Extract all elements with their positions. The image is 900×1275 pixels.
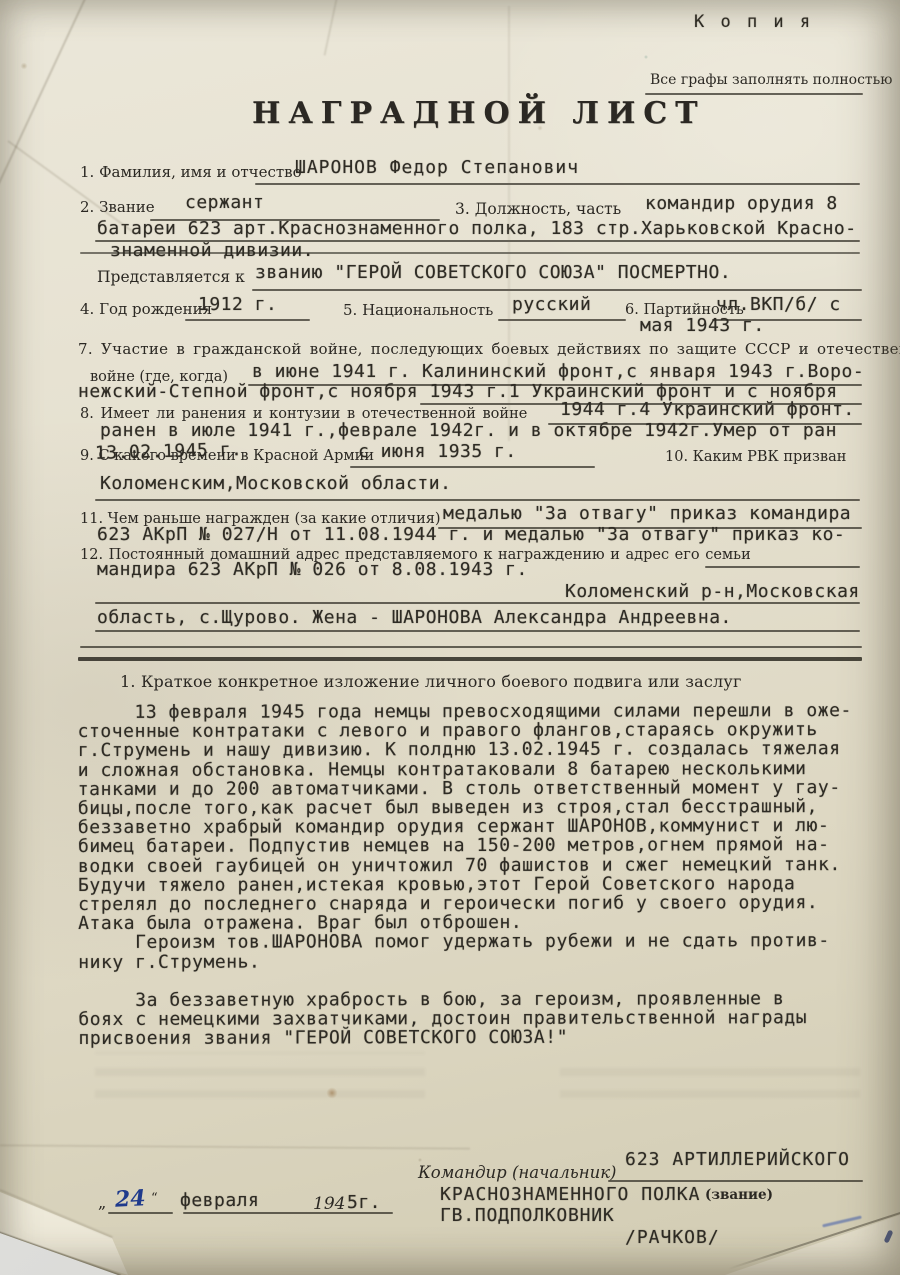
field-name-label: 1. Фамилия, имя и отчество — [80, 163, 302, 181]
ink-transfer-smudge — [95, 1052, 425, 1098]
date-year-printed: 194 — [313, 1194, 345, 1214]
field-war-participation-value1: в июне 1941 г. Калининский фронт,с январ… — [252, 361, 864, 382]
ink-transfer-smudge — [560, 1058, 860, 1098]
field-rank-value: сержант — [185, 192, 264, 213]
rule-line — [255, 183, 860, 185]
rank-caption: (звание) — [705, 1187, 773, 1203]
rule-line — [608, 1180, 863, 1182]
field-birthyear-label: 4. Год рождения — [80, 300, 212, 318]
field-party-value2: мая 1943 г. — [640, 315, 765, 336]
presented-label: Представляется к — [97, 268, 245, 286]
field-service-since-value: с июня 1935 г. — [358, 441, 517, 462]
body-line: стрелял до последнего снаряда и героичес… — [78, 893, 878, 914]
feat-description-heading: 1. Краткое конкретное изложение личного … — [120, 672, 742, 691]
rule-line — [80, 252, 860, 254]
field-prior-awards-value3: мандира 623 АКрП № 026 от 8.08.1943 г. — [97, 559, 528, 580]
field-drafted-by-label: 10. Каким РВК призван — [665, 449, 846, 465]
rule-line — [95, 630, 860, 632]
body-line: присвоения звания "ГЕРОЙ СОВЕТСКОГО СОЮЗ… — [78, 1027, 878, 1048]
rule-line — [350, 466, 595, 468]
field-home-address-value1: Коломенский р-н,Московская — [565, 581, 860, 602]
unit-line2: КРАСНОЗНАМЕННОГО ПОЛКА — [440, 1184, 700, 1205]
rule-line — [95, 602, 860, 604]
field-wounds-value1: 1944 г.4 Украинский фронт. — [560, 399, 855, 420]
field-name-value: ШАРОНОВ Федор Степанович — [295, 157, 579, 178]
separator-line-thick — [78, 657, 862, 661]
field-party-value: чл.ВКП/б/ с — [716, 294, 841, 315]
field-drafted-by-value: Коломенским,Московской области. — [100, 473, 451, 494]
date-year-typed: 5г. — [347, 1192, 381, 1213]
field-position-label: 3. Должность, часть — [455, 200, 621, 218]
field-war-participation-label: 7. Участие в гражданской войне, последую… — [78, 340, 900, 358]
field-prior-awards-value1: медалью "За отвагу" приказ командира — [443, 503, 851, 524]
crease-line — [0, 0, 90, 186]
rule-line — [498, 319, 626, 321]
rule-line — [108, 1212, 173, 1214]
page-title: НАГРАДНОЙ ЛИСТ — [252, 96, 706, 131]
rule-line — [185, 319, 310, 321]
field-nationality-value: русский — [512, 294, 591, 315]
field-position-value: командир орудия 8 — [645, 193, 838, 214]
crease-line — [0, 1144, 470, 1149]
date-open-quote: „ — [98, 1193, 106, 1212]
rank-value: ГВ.ПОДПОЛКОВНИК — [440, 1205, 615, 1226]
crease-line — [508, 6, 510, 441]
feat-description-text: 13 февраля 1945 года немцы превосходящим… — [78, 701, 879, 1049]
fill-note: Все графы заполнять полностью — [650, 72, 892, 88]
date-day-handwritten: 24 — [114, 1185, 146, 1213]
document-paper: К о п и я Все графы заполнять полностью … — [0, 0, 900, 1275]
date-month: февраля — [180, 1190, 259, 1211]
unit-line1: 623 АРТИЛЛЕРИЙСКОГО — [625, 1149, 850, 1170]
field-birthyear-value: 1912 г. — [198, 294, 277, 315]
photo-backdrop: { "colors":{"paper":"#e4dfcd","printed_i… — [0, 0, 900, 1275]
crease-line — [7, 140, 134, 233]
copy-stamp: К о п и я — [694, 12, 813, 32]
body-line: Героизм тов.ШАРОНОВА помог удержать рубе… — [78, 931, 878, 952]
field-prior-awards-value2: 623 АКрП № 027/Н от 11.08.1944 г. и меда… — [97, 524, 845, 545]
date-close-quote: “ — [151, 1191, 158, 1206]
field-position-cont1: батареи 623 арт.Краснознаменного полка, … — [97, 218, 857, 239]
field-nationality-label: 5. Национальность — [343, 301, 493, 319]
body-line: нику г.Струмень. — [78, 951, 878, 972]
separator-line — [80, 646, 862, 648]
commander-label: Командир (начальник) — [418, 1163, 617, 1182]
field-wounds-value2: ранен в июле 1941 г.,феврале 1942г. и в … — [100, 420, 837, 441]
rule-line — [705, 566, 860, 568]
crease-line — [324, 0, 339, 56]
field-position-cont2: знаменной дивизии. — [110, 240, 314, 261]
rule-line — [95, 499, 860, 501]
rule-line — [252, 289, 862, 291]
rule-line — [645, 93, 863, 95]
folded-corner-flap — [0, 1186, 128, 1275]
presented-value: званию "ГЕРОЙ СОВЕТСКОГО СОЮЗА" ПОСМЕРТН… — [255, 262, 731, 283]
field-service-since-label: 9. С какого времени в Красной Армии — [80, 448, 374, 464]
field-home-address-value2: область, с.Щурово. Жена - ШАРОНОВА Алекс… — [97, 607, 732, 628]
signature-name: /РАЧКОВ/ — [625, 1227, 720, 1248]
